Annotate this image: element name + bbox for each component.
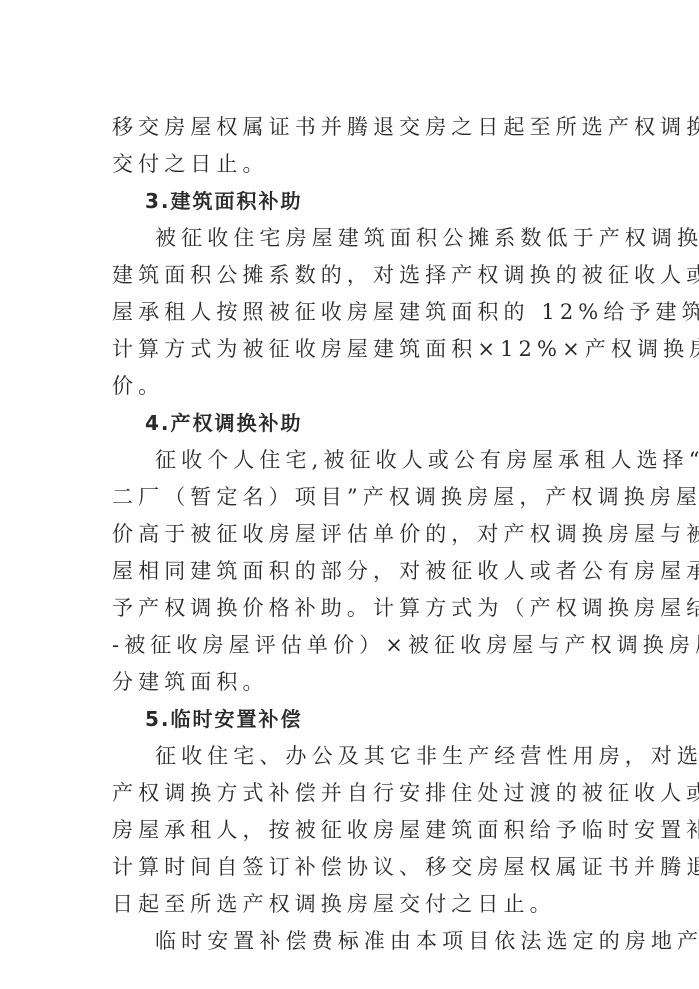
body-text-line: 计算时间自签订补偿协议、移交房屋权属证书并腾退交房之 [112, 849, 594, 886]
body-text-line: 分建筑面积。 [112, 664, 594, 701]
body-text-line: 屋相同建筑面积的部分，对被征收人或者公有房屋承租人给 [112, 553, 594, 590]
body-text-line: 交付之日止。 [112, 146, 594, 183]
document-page: 移交房屋权属证书并腾退交房之日起至所选产权调换房屋 交付之日止。 3.建筑面积补… [0, 0, 699, 989]
section-heading-temporary-resettlement-compensation: 5.临时安置补偿 [112, 701, 594, 738]
body-text-line: 产权调换方式补偿并自行安排住处过渡的被征收人或公有 [112, 775, 594, 812]
section-heading-building-area-subsidy: 3.建筑面积补助 [112, 183, 594, 220]
document-body: 移交房屋权属证书并腾退交房之日起至所选产权调换房屋 交付之日止。 3.建筑面积补… [112, 109, 594, 960]
body-text-line: 计算方式为被征收房屋建筑面积×12%×产权调换房屋结算单 [112, 331, 594, 368]
body-text-line: 予产权调换价格补助。计算方式为（产权调换房屋结算单价 [112, 590, 594, 627]
page-number: 10 [0, 934, 699, 949]
paragraph-start-line: 征收住宅、办公及其它非生产经营性用房，对选择房屋 [112, 738, 594, 775]
section-heading-property-exchange-subsidy: 4.产权调换补助 [112, 405, 594, 442]
paragraph-start-line: 被征收住宅房屋建筑面积公摊系数低于产权调换房屋 [112, 220, 594, 257]
body-text-line: 价高于被征收房屋评估单价的，对产权调换房屋与被征收房 [112, 516, 594, 553]
body-text-line: 房屋承租人，按被征收房屋建筑面积给予临时安置补偿费。 [112, 812, 594, 849]
body-text-line: 价。 [112, 368, 594, 405]
paragraph-start-line: 征收个人住宅,被征收人或公有房屋承租人选择“国棉 [112, 442, 594, 479]
body-text-line: 屋承租人按照被征收房屋建筑面积的 12%给予建筑面积补助。 [112, 294, 594, 331]
body-text-line: 移交房屋权属证书并腾退交房之日起至所选产权调换房屋 [112, 109, 594, 146]
body-text-line: 日起至所选产权调换房屋交付之日止。 [112, 886, 594, 923]
body-text-line: 建筑面积公摊系数的，对选择产权调换的被征收人或公有房 [112, 257, 594, 294]
body-text-line: 二厂（暂定名）项目”产权调换房屋，产权调换房屋结算单 [112, 479, 594, 516]
body-text-line: -被征收房屋评估单价）×被征收房屋与产权调换房屋相同部 [112, 627, 594, 664]
